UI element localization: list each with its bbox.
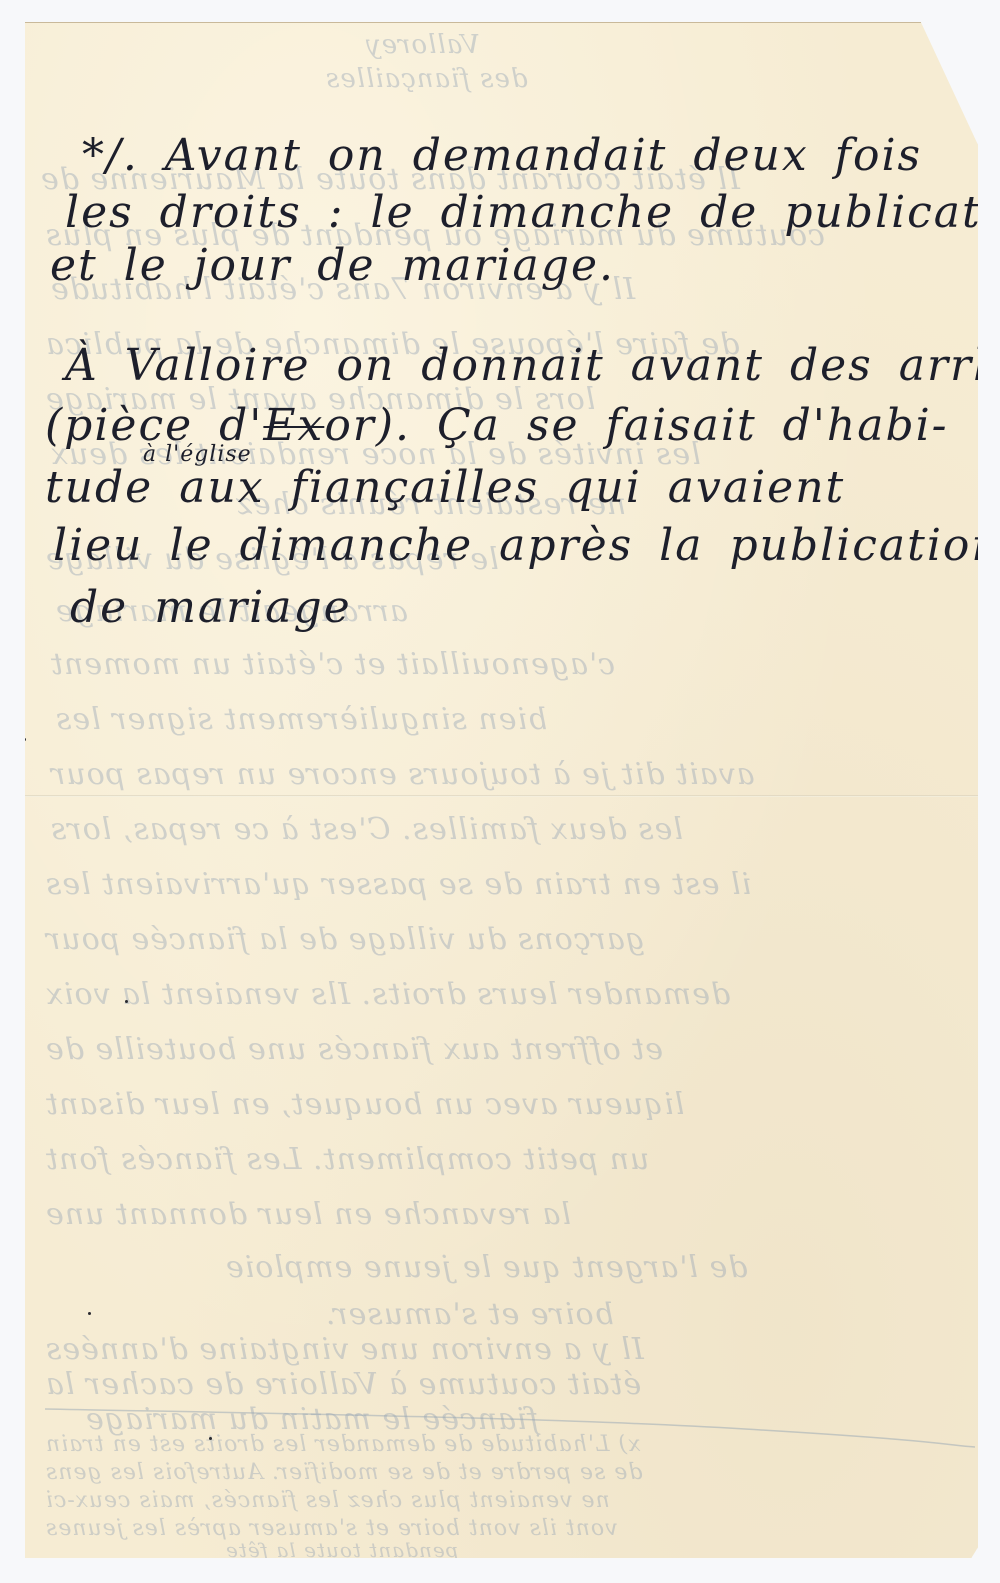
struck-text: Ex <box>263 400 324 451</box>
text-line: les droits : le dimanche de publication <box>65 187 1000 238</box>
text-line: de mariage <box>70 582 352 633</box>
manuscript-page: Vallorey des fiançailles Il était couran… <box>25 22 978 1558</box>
text-line: tude aux fiançailles qui avaient <box>45 462 845 513</box>
ink-dot <box>125 1000 128 1003</box>
ink-dot <box>23 738 26 741</box>
text-line: */. Avant on demandait deux fois <box>82 130 922 181</box>
handwritten-text: */. Avant on demandait deux fois les dro… <box>25 22 978 1558</box>
text-segment: or). Ça se faisait d'habi- <box>324 400 948 451</box>
ink-dot <box>209 1437 212 1440</box>
text-line: et le jour de mariage. <box>50 240 615 291</box>
ink-dot <box>88 1312 91 1315</box>
text-line: lieu le dimanche après la publication <box>53 520 1000 571</box>
text-line: À Valloire on donnait avant des arrhes <box>65 340 1000 391</box>
